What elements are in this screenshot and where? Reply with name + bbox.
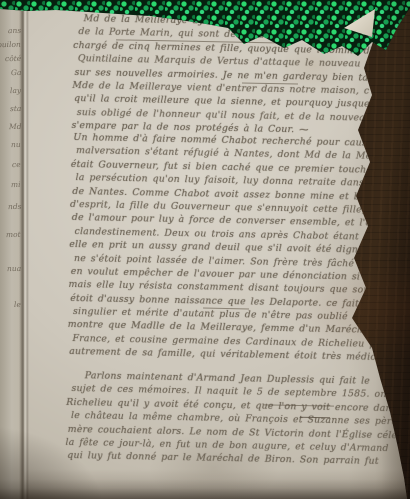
- paragraph-chabot-anecdote: Un homme d'à faire nommé Chabot recherch…: [69, 131, 410, 366]
- margin-fragment: puilon: [0, 40, 21, 49]
- manuscript-photo: ans puilon côté Ga lay sta Md nu ce mi n…: [0, 0, 410, 499]
- paragraph-richelieu-birth: Parlons maintenant d'Armand Jean Dupless…: [67, 369, 410, 470]
- page-gutter: [19, 0, 29, 499]
- manuscript-page: Md de la Meilleraye ayant pris avec son …: [24, 0, 410, 499]
